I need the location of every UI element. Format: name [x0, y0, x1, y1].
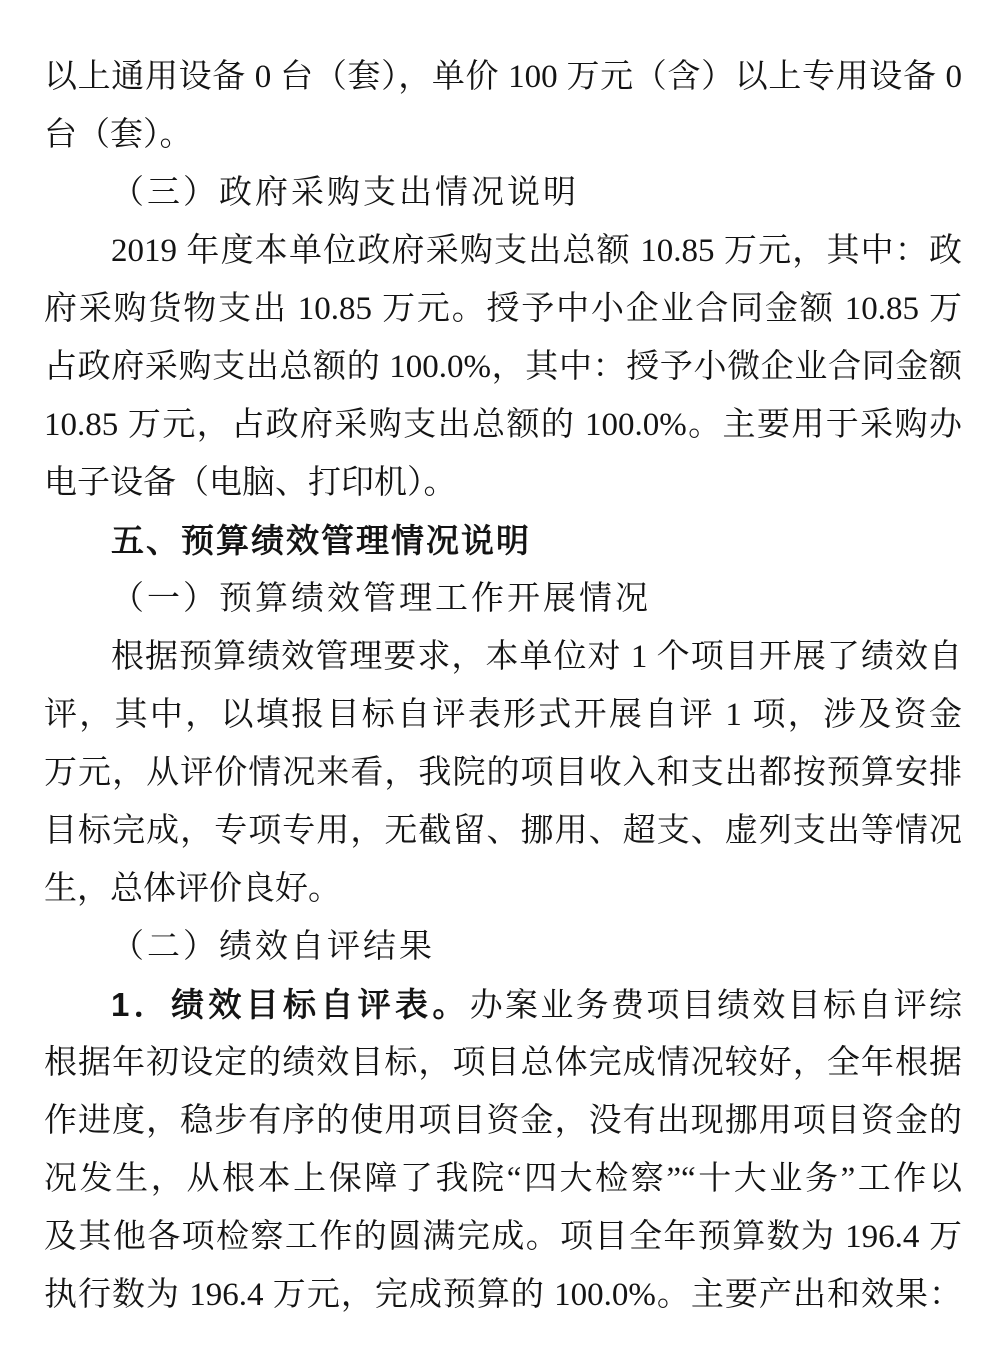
text-line: 生，总体评价良好。: [44, 860, 962, 918]
text-line-mixed: 1．绩效目标自评表。办案业务费项目绩效目标自评综述：: [44, 976, 962, 1034]
text-line: 况发生，从根本上保障了我院“四大检察”“十大业务”工作以: [44, 1150, 962, 1208]
heading-self-evaluation-results: （二）绩效自评结果: [44, 918, 962, 976]
text-line: 作进度，稳步有序的使用项目资金，没有出现挪用项目资金的情: [44, 1092, 962, 1150]
heading-performance-work-progress: （一）预算绩效管理工作开展情况: [44, 570, 962, 628]
text-line: 执行数为 196.4 万元，完成预算的 100.0%。主要产出和效果：一: [44, 1266, 962, 1324]
text-line: 2019 年度本单位政府采购支出总额 10.85 万元，其中：政: [44, 222, 962, 280]
text-line: 10.85 万元，占政府采购支出总额的 100.0%。主要用于采购办公: [44, 396, 962, 454]
bold-lead-performance-target-table: 1．绩效目标自评表。: [111, 986, 470, 1023]
heading-gov-procurement-spending: （三）政府采购支出情况说明: [44, 164, 962, 222]
text-line: 台（套）。: [44, 106, 962, 164]
text-line: 电子设备（电脑、打印机）。: [44, 454, 962, 512]
document-page: 以上通用设备 0 台（套），单价 100 万元（含）以上专用设备 0 台（套）。…: [0, 0, 1000, 1349]
text-line: 府采购货物支出 10.85 万元。授予中小企业合同金额 10.85 万元，: [44, 280, 962, 338]
text-line: 根据预算绩效管理要求，本单位对 1 个项目开展了绩效自: [44, 628, 962, 686]
text-line: 万元，从评价情况来看，我院的项目收入和支出都按预算安排的: [44, 744, 962, 802]
text-line: 占政府采购支出总额的 100.0%，其中：授予小微企业合同金额: [44, 338, 962, 396]
text-line: 及其他各项检察工作的圆满完成。项目全年预算数为 196.4 万元，: [44, 1208, 962, 1266]
text-line: 根据年初设定的绩效目标，项目总体完成情况较好，全年根据工: [44, 1034, 962, 1092]
text-line: 目标完成，专项专用，无截留、挪用、超支、虚列支出等情况发: [44, 802, 962, 860]
text-line: 以上通用设备 0 台（套），单价 100 万元（含）以上专用设备 0: [44, 48, 962, 106]
heading-budget-performance-management: 五、预算绩效管理情况说明: [44, 512, 962, 570]
text-line: 评，其中，以填报目标自评表形式开展自评 1 项，涉及资金 196.4: [44, 686, 962, 744]
document-text-block: 以上通用设备 0 台（套），单价 100 万元（含）以上专用设备 0 台（套）。…: [44, 48, 962, 1324]
